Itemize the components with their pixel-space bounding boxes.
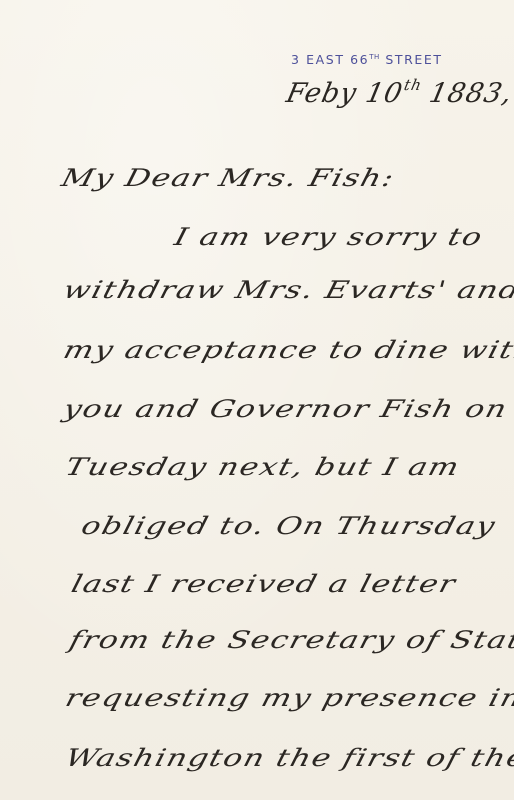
date-year: 1883, xyxy=(427,78,514,109)
body-line: my acceptance to dine with xyxy=(60,336,514,364)
body-line: requesting my presence in xyxy=(62,684,514,712)
body-line: you and Governor Fish on xyxy=(60,395,510,423)
body-line: withdraw Mrs. Evarts' and xyxy=(60,276,514,304)
body-line: last I received a letter xyxy=(68,570,459,598)
letterhead-number: 3 xyxy=(291,52,301,67)
letter-salutation: My Dear Mrs. Fish: xyxy=(58,164,397,192)
date-day-suffix: th xyxy=(402,76,424,94)
date-day: 10 xyxy=(363,78,406,109)
letterhead-ordinal: TH xyxy=(369,53,380,61)
date-month: Feby xyxy=(283,78,359,109)
letterhead-street-suffix: STREET xyxy=(385,52,442,67)
letterhead-address: 3 EAST 66TH STREET xyxy=(291,52,443,67)
body-line: Washington the first of the xyxy=(62,744,514,772)
body-line: Tuesday next, but I am xyxy=(62,453,463,481)
body-line: from the Secretary of State xyxy=(66,626,514,654)
body-line: obliged to. On Thursday xyxy=(78,512,498,540)
letter-page: 3 EAST 66TH STREET Feby 10th 1883, My De… xyxy=(0,0,514,800)
body-line: I am very sorry to xyxy=(171,223,486,251)
letter-date: Feby 10th 1883, xyxy=(283,76,514,109)
letterhead-street: EAST 66 xyxy=(306,52,369,67)
